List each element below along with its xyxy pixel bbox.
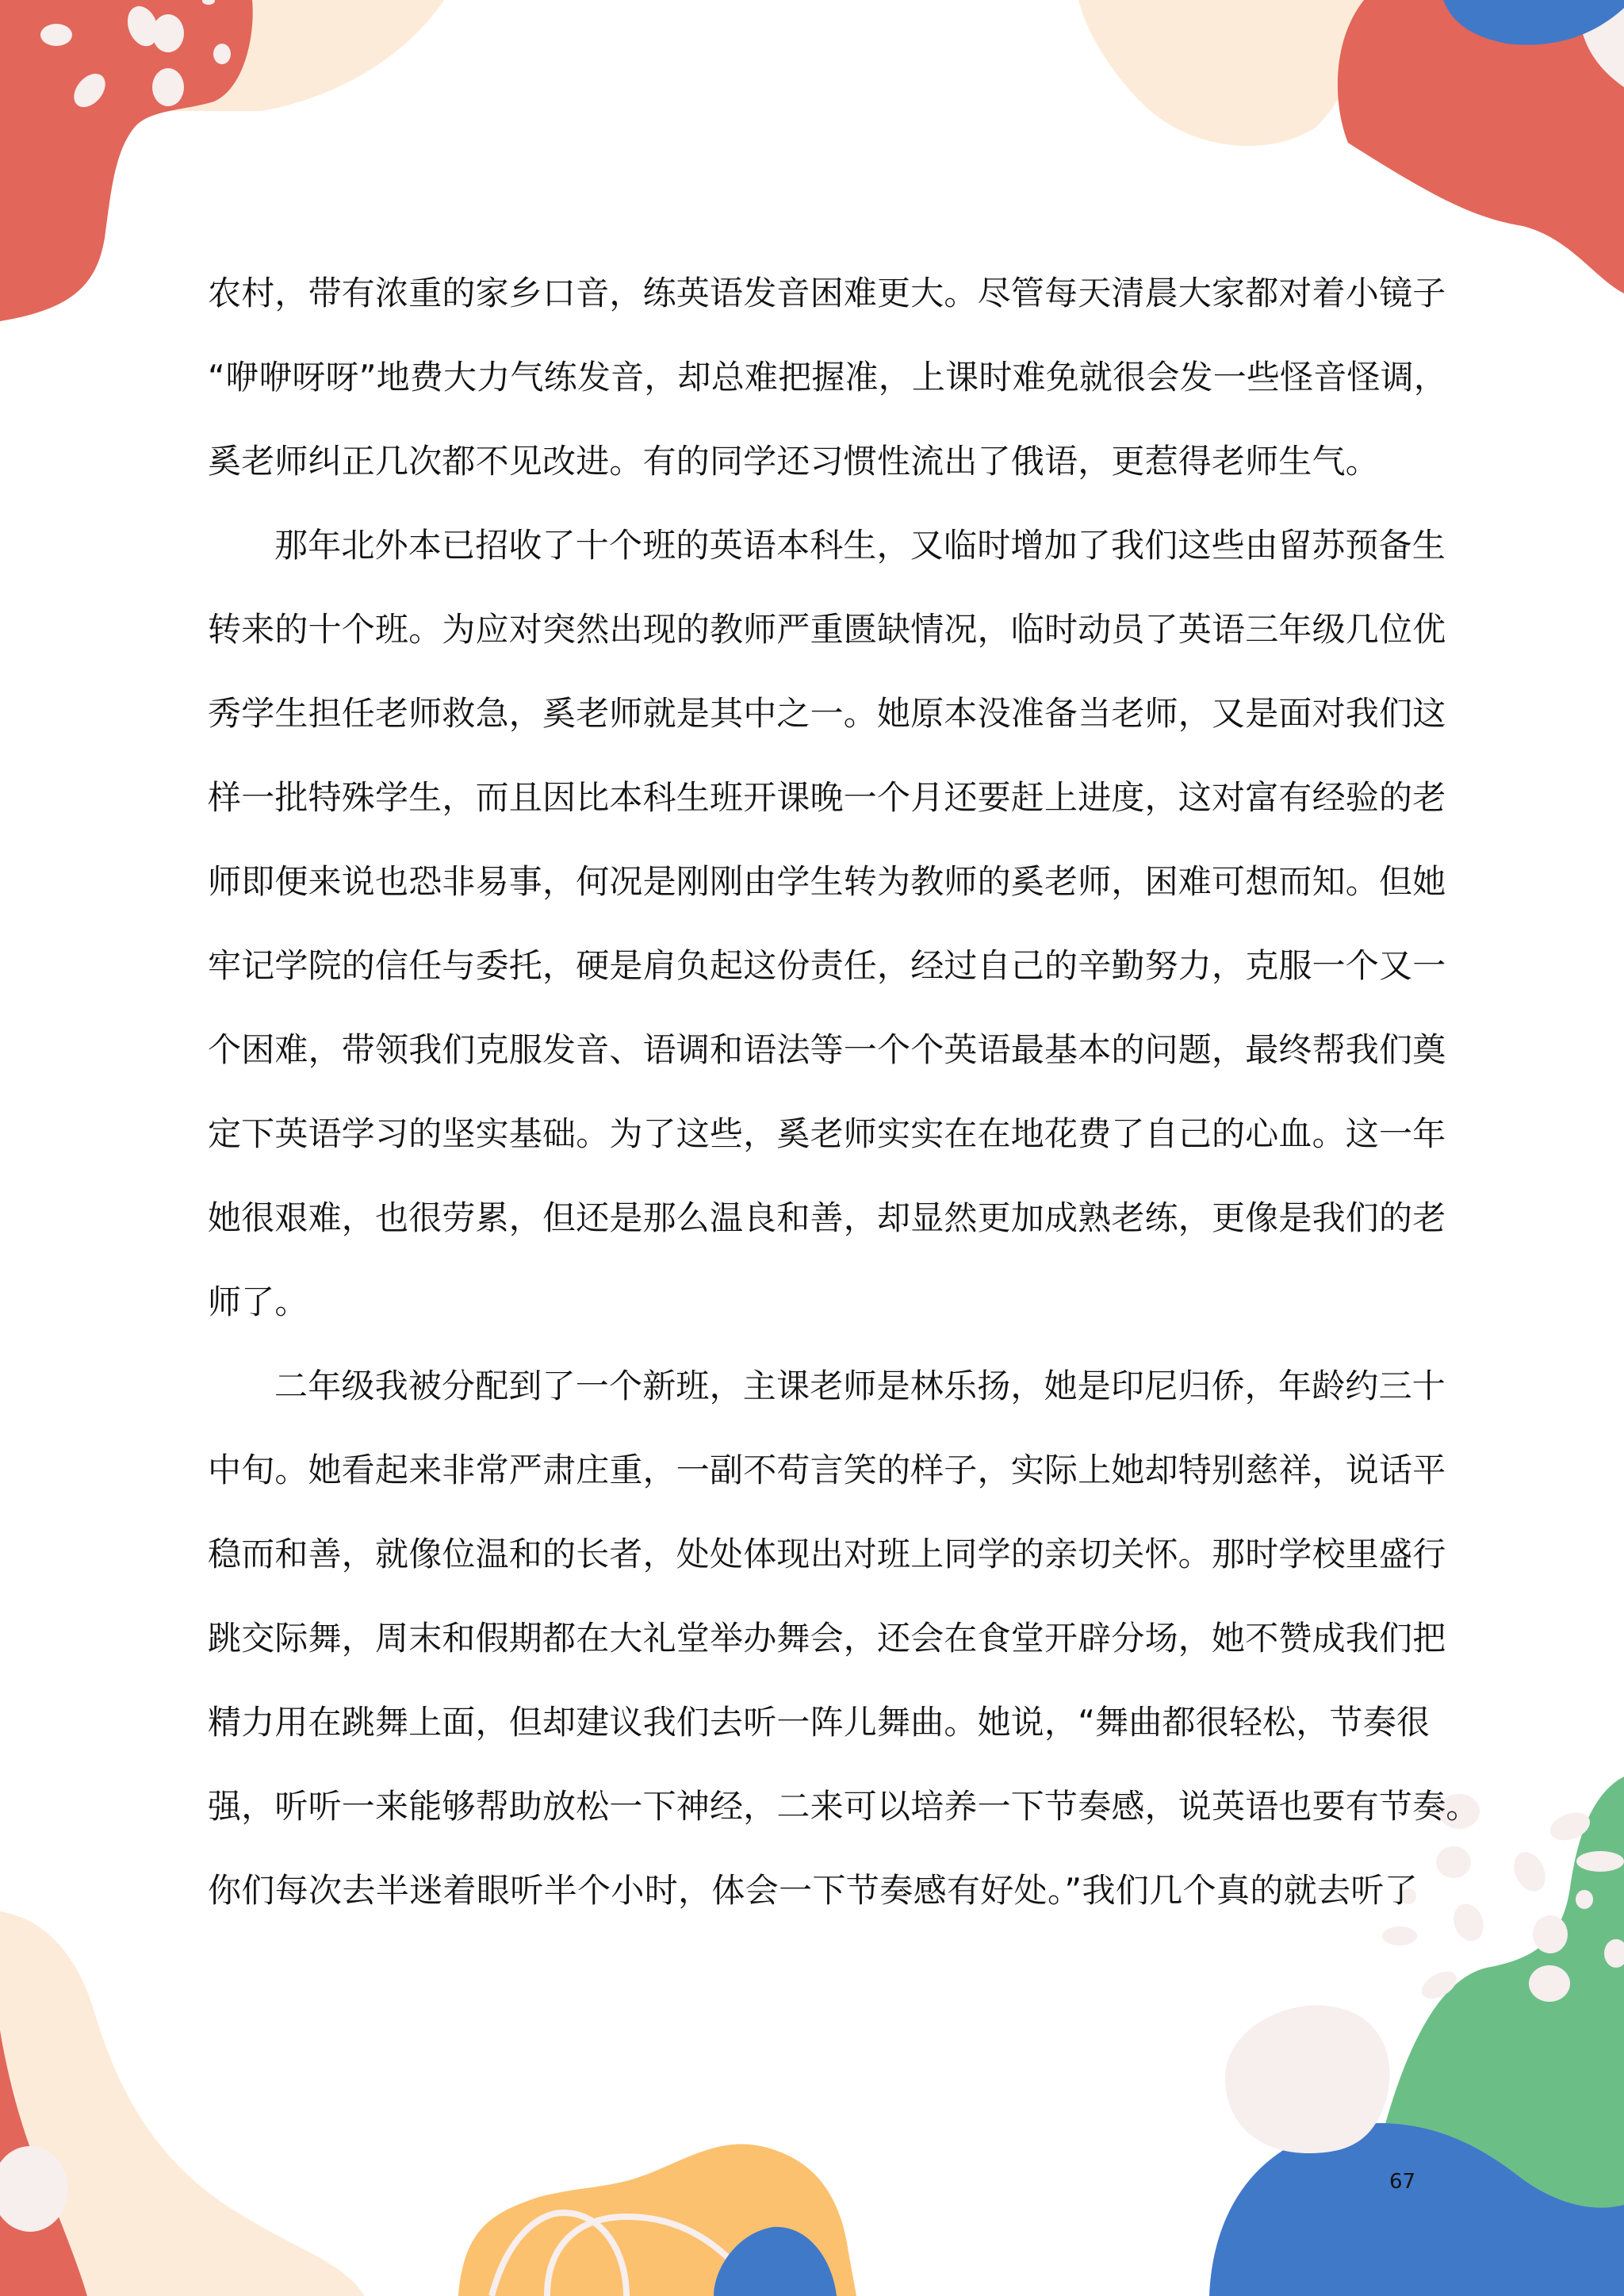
green-blob-bottom-right <box>1348 1777 1624 2296</box>
loops-bottom-center <box>492 2213 761 2296</box>
text-line: 农村，带有浓重的家乡口音，练英语发音困难更大。尽管每天清晨大家都对着小镜子 <box>208 271 1418 316</box>
blue-blob-bottom-center <box>714 2227 837 2296</box>
text-line: 中旬。她看起来非常严肃庄重，一副不苟言笑的样子，实际上她却特别慈祥，说话平 <box>208 1448 1418 1493</box>
text-line: 师了。 <box>208 1280 308 1324</box>
text-line: 师即便来说也恐非易事，何况是刚刚由学生转为教师的奚老师，困难可想而知。但她 <box>208 860 1418 904</box>
paragraph-start-line: 二年级我被分配到了一个新班，主课老师是林乐扬，她是印尼归侨，年龄约三十 <box>274 1364 1418 1409</box>
spots-top-left <box>40 0 231 113</box>
text-line: “咿咿呀呀”地费大力气练发音，却总难把握准，上课时难免就很会发一些怪音怪调， <box>208 355 1418 400</box>
text-line: 强，听听一来能够帮助放松一下神经，二来可以培养一下节奏感，说英语也要有节奏。 <box>208 1784 1418 1829</box>
text-line: 稳而和善，就像位温和的长者，处处体现出对班上同学的亲切关怀。那时学校里盛行 <box>208 1532 1418 1577</box>
page-number: 67 <box>1389 2170 1415 2194</box>
text-line: 跳交际舞，周末和假期都在大礼堂举办舞会，还会在食堂开辟分场，她不赞成我们把 <box>208 1616 1418 1661</box>
text-line: 秀学生担任老师救急，奚老师就是其中之一。她原本没准备当老师，又是面对我们这 <box>208 692 1418 736</box>
cream-blob-top-left <box>159 0 444 111</box>
light-blob-bottom-right <box>1225 2005 1389 2153</box>
text-line: 个困难，带领我们克服发音、语调和语法等一个个英语最基本的问题，最终帮我们奠 <box>208 1028 1418 1072</box>
text-line: 样一批特殊学生，而且因比本科生班开课晚一个月还要赶上进度，这对富有经验的老 <box>208 776 1418 820</box>
orange-blob-bottom-center <box>458 2145 856 2296</box>
text-line: 你们每次去半迷着眼听半个小时，体会一下节奏感有好处。”我们几个真的就去听了 <box>208 1869 1418 1913</box>
text-line: 转来的十个班。为应对突然出现的教师严重匮缺情况，临时动员了英语三年级几位优 <box>208 608 1418 652</box>
cream-blob-top-right <box>1078 0 1380 146</box>
coral-blob-top-right <box>1338 0 1624 293</box>
text-line: 定下英语学习的坚实基础。为了这些，奚老师实实在在地花费了自己的心血。这一年 <box>208 1112 1418 1156</box>
blue-blob-bottom-right <box>1209 2123 1624 2296</box>
blue-blob-top-right <box>1443 0 1624 45</box>
coral-blob-bottom-left <box>0 2030 87 2296</box>
text-line: 奚老师纠正几次都不见改进。有的同学还习惯性流出了俄语，更惹得老师生气。 <box>208 439 1379 484</box>
spot-bottom-left <box>0 2146 68 2232</box>
light-blob-top-right <box>1578 0 1624 87</box>
text-line: 她很艰难，也很劳累，但还是那么温良和善，却显然更加成熟老练，更像是我们的老 <box>208 1196 1418 1240</box>
cream-blob-bottom-left <box>0 1911 365 2296</box>
text-line: 精力用在跳舞上面，但却建议我们去听一阵儿舞曲。她说，“舞曲都很轻松，节奏很 <box>208 1700 1418 1745</box>
paragraph-start-line: 那年北外本已招收了十个班的英语本科生，又临时增加了我们这些由留苏预备生 <box>274 523 1418 568</box>
text-line: 牢记学院的信任与委托，硬是肩负起这份责任，经过自己的辛勤努力，克服一个又一 <box>208 944 1418 988</box>
